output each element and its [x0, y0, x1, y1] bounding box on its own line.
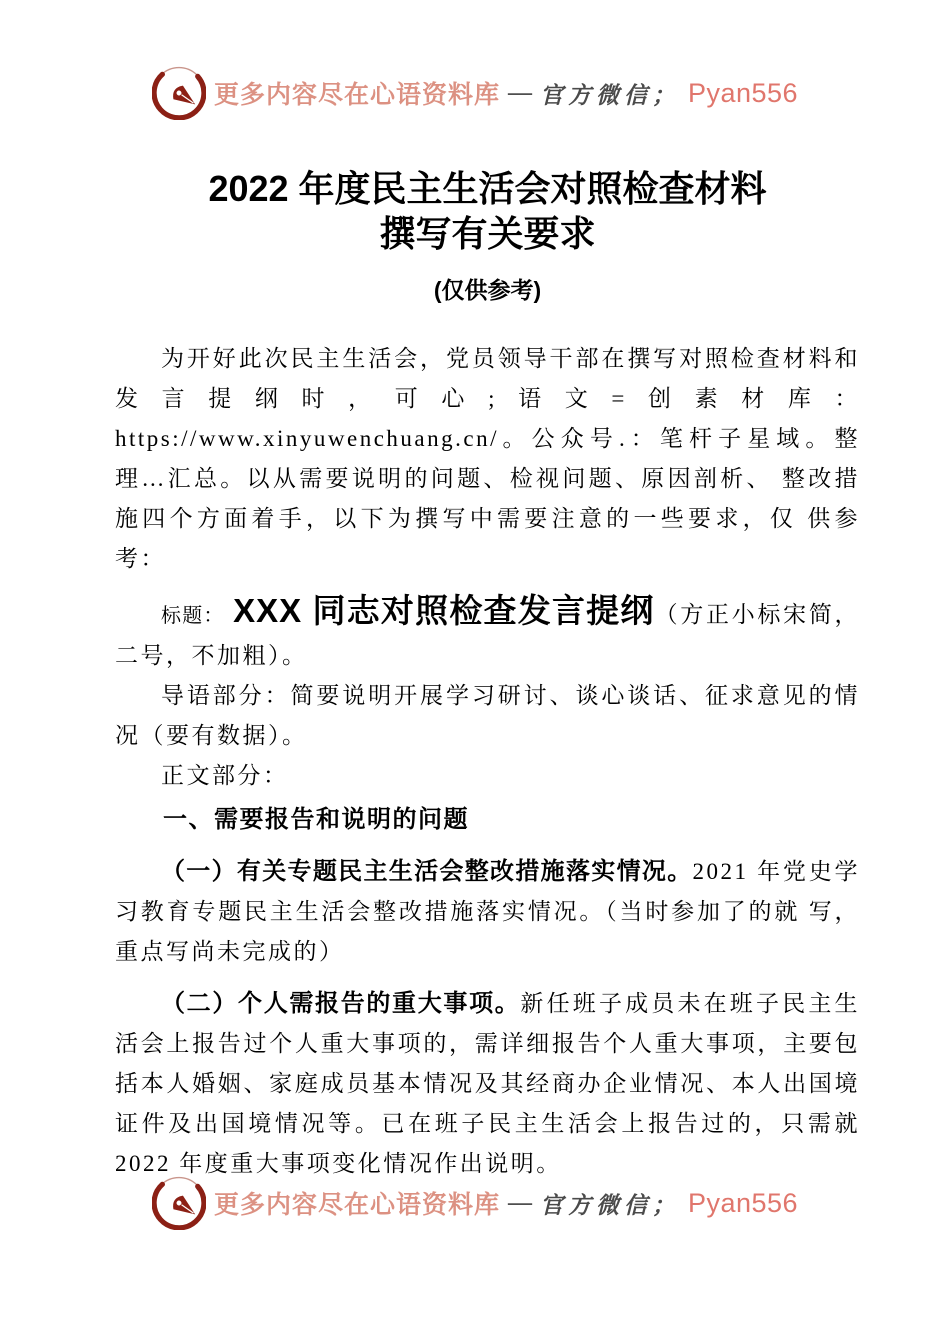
document-content: 2022 年度民主生活会对照检查材料 撰写有关要求 (仅供参考) 为开好此次民主… [115, 166, 860, 1184]
footer-watermark: 更多内容尽在心语资料库 — 官方微信； Pyan556 [0, 1176, 950, 1230]
document-subtitle: (仅供参考) [115, 272, 860, 305]
watermark-wechat-id: Pyan556 [688, 1188, 798, 1219]
watermark-brand-text: 更多内容尽在心语资料库 [214, 75, 500, 111]
section-1-heading: 一、需要报告和说明的问题 [115, 800, 860, 840]
item-1-paragraph: （一）有关专题民主生活会整改措施落实情况。2021 年党史学习教育专题民主生活会… [115, 852, 860, 972]
watermark-dash: — [508, 1190, 532, 1217]
pen-nib-seal-icon [152, 1176, 206, 1230]
title-spec-label: 标题： [161, 605, 225, 627]
lead-in-paragraph: 导语部分：简要说明开展学习研讨、谈心谈话、征求意见的情况（要有数据）。 [115, 676, 860, 756]
title-spec-paragraph: 标题： XXX 同志对照检查发言提纲（方正小标宋简，二号，不加粗）。 [115, 591, 860, 676]
watermark-brand-text: 更多内容尽在心语资料库 [214, 1185, 500, 1221]
document-title: 2022 年度民主生活会对照检查材料 撰写有关要求 [115, 166, 860, 256]
item-2-lead: （二）个人需报告的重大事项。 [161, 990, 520, 1017]
item-2-paragraph: （二）个人需报告的重大事项。新任班子成员未在班子民主生活会上报告过个人重大事项的… [115, 984, 860, 1184]
item-1-lead: （一）有关专题民主生活会整改措施落实情况。 [161, 858, 693, 885]
document-page: 更多内容尽在心语资料库 — 官方微信； Pyan556 2022 年度民主生活会… [0, 0, 950, 1344]
watermark-wechat-label: 官方微信； [540, 1187, 680, 1220]
watermark-wechat-id: Pyan556 [688, 78, 798, 109]
intro-paragraph: 为开好此次民主生活会，党员领导干部在撰写对照检查材料和发言提纲时，可心;语文=创… [115, 339, 860, 579]
main-text-label: 正文部分： [115, 756, 860, 796]
item-2-body: 新任班子成员未在班子民主生活会上报告过个人重大事项的，需详细报告个人重大事项，主… [115, 991, 860, 1176]
title-spec-example: XXX 同志对照检查发言提纲 [233, 592, 654, 629]
document-title-line2: 撰写有关要求 [379, 213, 595, 254]
watermark-wechat-label: 官方微信； [540, 77, 680, 110]
document-title-line1: 2022 年度民主生活会对照检查材料 [208, 168, 766, 209]
watermark-dash: — [508, 80, 532, 107]
pen-nib-seal-icon [152, 66, 206, 120]
header-watermark: 更多内容尽在心语资料库 — 官方微信； Pyan556 [0, 66, 950, 120]
